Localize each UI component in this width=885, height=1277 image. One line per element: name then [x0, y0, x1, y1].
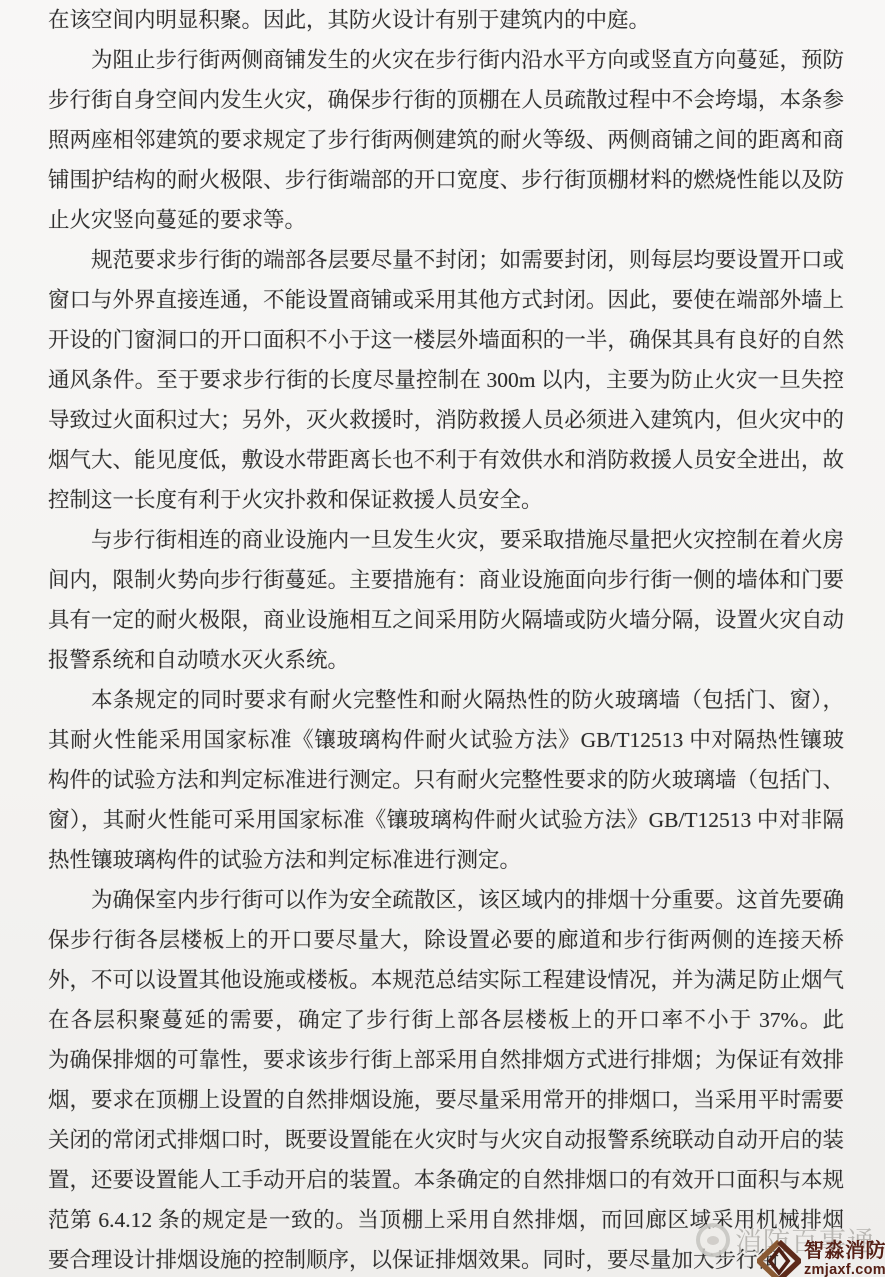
text-line: 构件的试验方法和判定标准进行测定。只有耐火完整性要求的防火玻璃墙（包括门、 [48, 760, 844, 800]
document-page: 在该空间内明显积聚。因此，其防火设计有别于建筑内的中庭。为阻止步行街两侧商铺发生… [0, 0, 885, 1277]
text-line: 窗），其耐火性能可采用国家标准《镶玻璃构件耐火试验方法》GB/T12513 中对… [48, 800, 844, 840]
text-line: 其耐火性能采用国家标准《镶玻璃构件耐火试验方法》GB/T12513 中对隔热性镶… [48, 720, 844, 760]
text-line: 控制这一长度有利于火灾扑救和保证救援人员安全。 [48, 480, 844, 520]
text-line: 铺围护结构的耐火极限、步行街端部的开口宽度、步行街顶棚材料的燃烧性能以及防 [48, 160, 844, 200]
text-line: 报警系统和自动喷水灭火系统。 [48, 640, 844, 680]
text-line: 在该空间内明显积聚。因此，其防火设计有别于建筑内的中庭。 [48, 0, 844, 40]
text-line: 范第 6.4.12 条的规定是一致的。当顶棚上采用自然排烟，而回廊区域采用机械排… [48, 1200, 844, 1240]
text-line: 窗口与外界直接连通，不能设置商铺或采用其他方式封闭。因此，要使在端部外墙上 [48, 280, 844, 320]
text-line: 规范要求步行街的端部各层要尽量不封闭；如需要封闭，则每层均要设置开口或 [48, 240, 844, 280]
text-line: 本条规定的同时要求有耐火完整性和耐火隔热性的防火玻璃墙（包括门、窗）， [48, 680, 844, 720]
text-line: 在各层积聚蔓延的需要，确定了步行街上部各层楼板上的开口率不小于 37%。此外， [48, 1000, 844, 1040]
text-line: 导致过火面积过大；另外，灭火救援时，消防救援人员必须进入建筑内，但火灾中的 [48, 400, 844, 440]
text-line: 烟气大、能见度低，敷设水带距离长也不利于有效供水和消防救援人员安全进出，故 [48, 440, 844, 480]
text-line: 具有一定的耐火极限，商业设施相互之间采用防火隔墙或防火墙分隔，设置火灾自动 [48, 600, 844, 640]
text-line: 开设的门窗洞口的开口面积不小于这一楼层外墙面积的一半，确保其具有良好的自然 [48, 320, 844, 360]
text-line: 为确保室内步行街可以作为安全疏散区，该区域内的排烟十分重要。这首先要确 [48, 880, 844, 920]
text-line: 止火灾竖向蔓延的要求等。 [48, 200, 844, 240]
document-body: 在该空间内明显积聚。因此，其防火设计有别于建筑内的中庭。为阻止步行街两侧商铺发生… [48, 0, 844, 1277]
text-line: 保步行街各层楼板上的开口要尽量大，除设置必要的廊道和步行街两侧的连接天桥 [48, 920, 844, 960]
text-line: 通风条件。至于要求步行街的长度尽量控制在 300m 以内，主要为防止火灾一旦失控 [48, 360, 844, 400]
text-line: 为确保排烟的可靠性，要求该步行街上部采用自然排烟方式进行排烟；为保证有效排 [48, 1040, 844, 1080]
text-line: 烟，要求在顶棚上设置的自然排烟设施，要尽量采用常开的排烟口，当采用平时需要 [48, 1080, 844, 1120]
text-line: 步行街自身空间内发生火灾，确保步行街的顶棚在人员疏散过程中不会垮塌，本条参 [48, 80, 844, 120]
text-line: 间内，限制火势向步行街蔓延。主要措施有：商业设施面向步行街一侧的墙体和门要 [48, 560, 844, 600]
text-line: 热性镶玻璃构件的试验方法和判定标准进行测定。 [48, 840, 844, 880]
text-line: 外，不可以设置其他设施或楼板。本规范总结实际工程建设情况，并为满足防止烟气 [48, 960, 844, 1000]
text-line: 为阻止步行街两侧商铺发生的火灾在步行街内沿水平方向或竖直方向蔓延，预防 [48, 40, 844, 80]
text-line: 要合理设计排烟设施的控制顺序，以保证排烟效果。同时，要尽量加大步行街 [48, 1240, 844, 1277]
text-line: 置，还要设置能人工手动开启的装置。本条确定的自然排烟口的有效开口面积与本规 [48, 1160, 844, 1200]
text-line: 与步行街相连的商业设施内一旦发生火灾，要采取措施尽量把火灾控制在着火房 [48, 520, 844, 560]
text-line: 关闭的常闭式排烟口时，既要设置能在火灾时与火灾自动报警系统联动自动开启的装 [48, 1120, 844, 1160]
text-line: 照两座相邻建筑的要求规定了步行街两侧建筑的耐火等级、两侧商铺之间的距离和商 [48, 120, 844, 160]
